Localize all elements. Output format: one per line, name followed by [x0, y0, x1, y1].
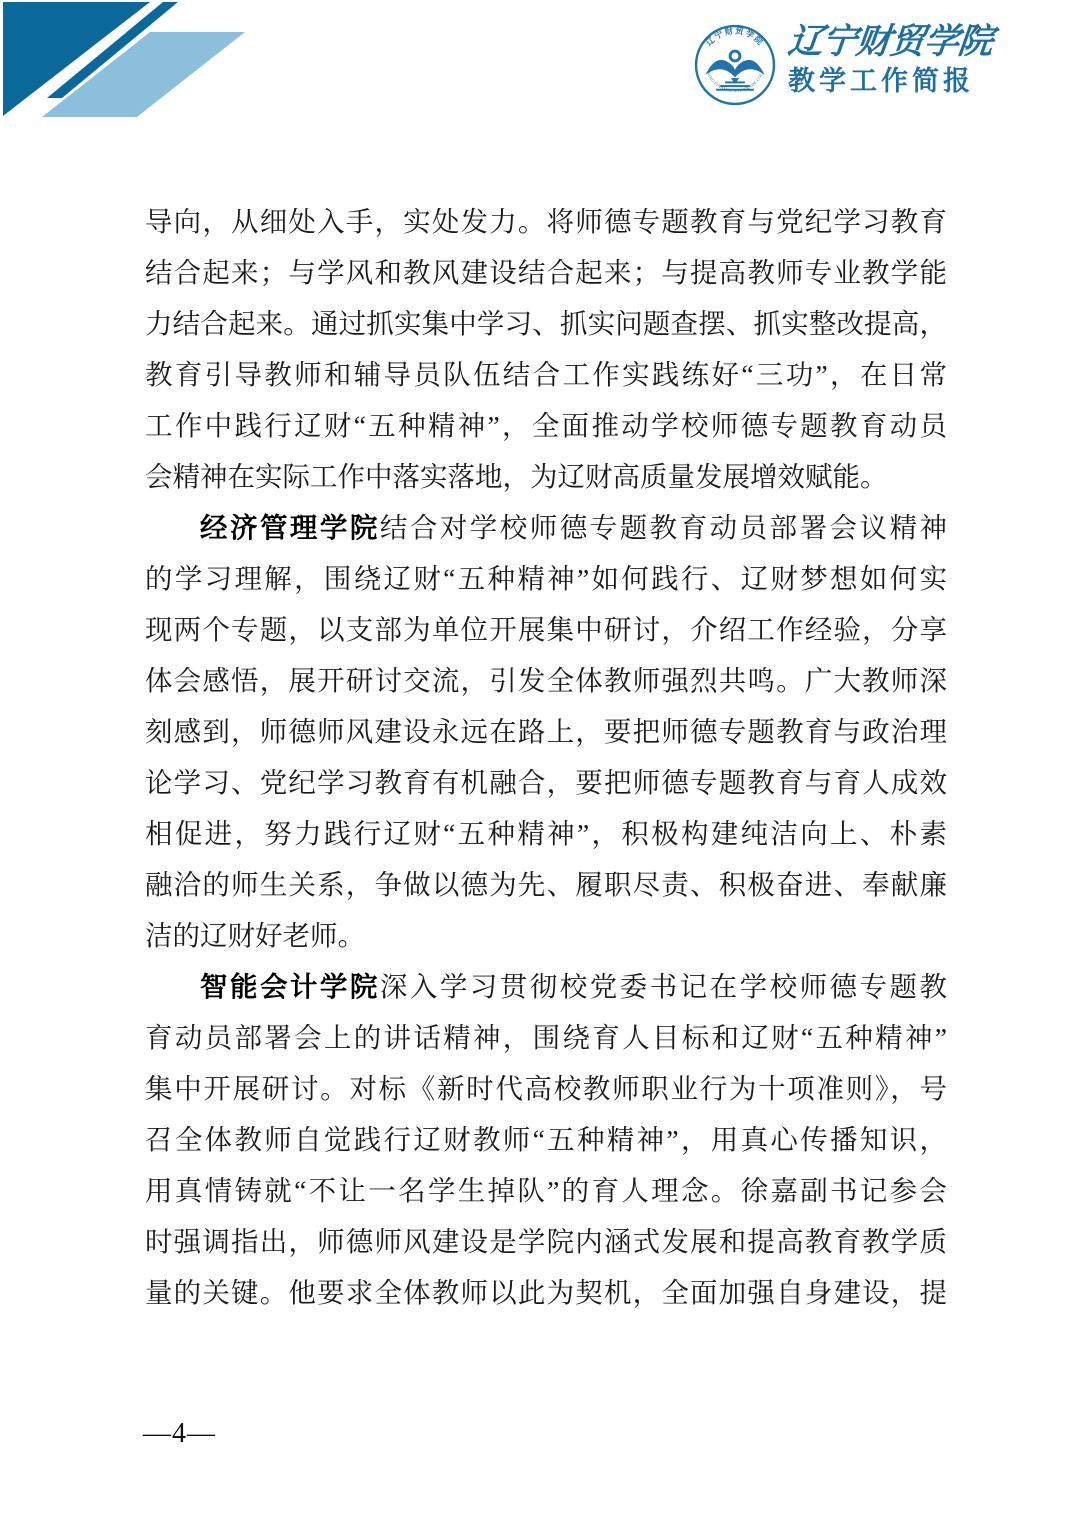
text-run: 体会感悟，展开研讨交流，引发全体教师强烈共鸣。广大教师深 [145, 665, 947, 696]
text-line: 融洽的师生关系，争做以德为先、履职尽责、积极奋进、奉献廉 [145, 859, 947, 910]
college-logo-icon: 辽宁财贸学院 LIAONING FINANCE AND TRADE COLLEG… [694, 24, 776, 106]
text-run: 现两个专题，以支部为单位开展集中研讨，介绍工作经验，分享 [145, 614, 947, 645]
text-run: 力结合起来。通过抓实集中学习、抓实问题查摆、抓实整改提高， [145, 308, 947, 339]
text-run: 导向，从细处入手，实处发力。将师德专题教育与党纪学习教育 [145, 206, 947, 237]
text-line: 集中开展研讨。对标《新时代高校教师职业行为十项准则》，号 [145, 1063, 947, 1114]
text-line: 结合起来；与学风和教风建设结合起来；与提高教师专业教学能 [145, 247, 947, 298]
text-line: 洁的辽财好老师。 [145, 910, 947, 961]
text-line: 论学习、党纪学习教育有机融合，要把师德专题教育与育人成效 [145, 757, 947, 808]
text-line: 召全体教师自觉践行辽财教师“五种精神”，用真心传播知识， [145, 1114, 947, 1165]
text-run: 集中开展研讨。对标《新时代高校教师职业行为十项准则》，号 [145, 1073, 947, 1104]
text-line: 育动员部署会上的讲话精神，围绕育人目标和辽财“五种精神” [145, 1012, 947, 1063]
text-line: 力结合起来。通过抓实集中学习、抓实问题查摆、抓实整改提高， [145, 298, 947, 349]
department-name: 智能会计学院 [200, 971, 380, 1002]
text-run: 的学习理解，围绕辽财“五种精神”如何践行、辽财梦想如何实 [145, 563, 947, 594]
text-line: 相促进，努力践行辽财“五种精神”，积极构建纯洁向上、朴素 [145, 808, 947, 859]
text-run: 工作中践行辽财“五种精神”，全面推动学校师德专题教育动员 [145, 410, 947, 441]
text-line: 的学习理解，围绕辽财“五种精神”如何践行、辽财梦想如何实 [145, 553, 947, 604]
text-run: 召全体教师自觉践行辽财教师“五种精神”，用真心传播知识， [145, 1124, 947, 1155]
text-run: 洁的辽财好老师。 [145, 920, 365, 951]
text-run: 刻感到，师德师风建设永远在路上，要把师德专题教育与政治理 [145, 716, 947, 747]
text-run: 结合起来；与学风和教风建设结合起来；与提高教师专业教学能 [145, 257, 947, 288]
text-line: 经济管理学院结合对学校师德专题教育动员部署会议精神 [145, 502, 947, 553]
text-run: 育动员部署会上的讲话精神，围绕育人目标和辽财“五种精神” [145, 1022, 947, 1053]
body-text: 导向，从细处入手，实处发力。将师德专题教育与党纪学习教育结合起来；与学风和教风建… [145, 196, 947, 1318]
text-run: 时强调指出，师德师风建设是学院内涵式发展和提高教育教学质 [145, 1226, 947, 1257]
document-page: 辽宁财贸学院 LIAONING FINANCE AND TRADE COLLEG… [0, 0, 1080, 1527]
masthead: 辽宁财贸学院 教学工作简报 [788, 20, 1058, 98]
bulletin-title: 教学工作简报 [788, 64, 1058, 98]
college-name-calligraphy: 辽宁财贸学院 [786, 20, 1061, 64]
text-line: 现两个专题，以支部为单位开展集中研讨，介绍工作经验，分享 [145, 604, 947, 655]
text-line: 刻感到，师德师风建设永远在路上，要把师德专题教育与政治理 [145, 706, 947, 757]
text-run: 会精神在实际工作中落实落地，为辽财高质量发展增效赋能。 [145, 461, 888, 492]
text-line: 体会感悟，展开研讨交流，引发全体教师强烈共鸣。广大教师深 [145, 655, 947, 706]
text-run: 深入学习贯彻校党委书记在学校师德专题教 [380, 971, 947, 1002]
text-run: 教育引导教师和辅导员队伍结合工作实践练好“三功”，在日常 [145, 359, 947, 390]
text-line: 时强调指出，师德师风建设是学院内涵式发展和提高教育教学质 [145, 1216, 947, 1267]
text-line: 量的关键。他要求全体教师以此为契机，全面加强自身建设，提 [145, 1267, 947, 1318]
text-line: 用真情铸就“不让一名学生掉队”的育人理念。徐嘉副书记参会 [145, 1165, 947, 1216]
logo-platform-line [725, 81, 745, 83]
page-number: —4— [143, 1418, 216, 1450]
text-line: 智能会计学院深入学习贯彻校党委书记在学校师德专题教 [145, 961, 947, 1012]
header-decoration [0, 0, 260, 125]
text-line: 工作中践行辽财“五种精神”，全面推动学校师德专题教育动员 [145, 400, 947, 451]
text-run: 量的关键。他要求全体教师以此为契机，全面加强自身建设，提 [145, 1277, 947, 1308]
text-run: 用真情铸就“不让一名学生掉队”的育人理念。徐嘉副书记参会 [145, 1175, 947, 1206]
text-run: 相促进，努力践行辽财“五种精神”，积极构建纯洁向上、朴素 [145, 818, 947, 849]
text-run: 融洽的师生关系，争做以德为先、履职尽责、积极奋进、奉献廉 [145, 869, 947, 900]
text-run: 论学习、党纪学习教育有机融合，要把师德专题教育与育人成效 [145, 767, 947, 798]
department-name: 经济管理学院 [200, 512, 380, 543]
text-line: 导向，从细处入手，实处发力。将师德专题教育与党纪学习教育 [145, 196, 947, 247]
text-line: 教育引导教师和辅导员队伍结合工作实践练好“三功”，在日常 [145, 349, 947, 400]
text-line: 会精神在实际工作中落实落地，为辽财高质量发展增效赋能。 [145, 451, 947, 502]
text-run: 结合对学校师德专题教育动员部署会议精神 [380, 512, 947, 543]
